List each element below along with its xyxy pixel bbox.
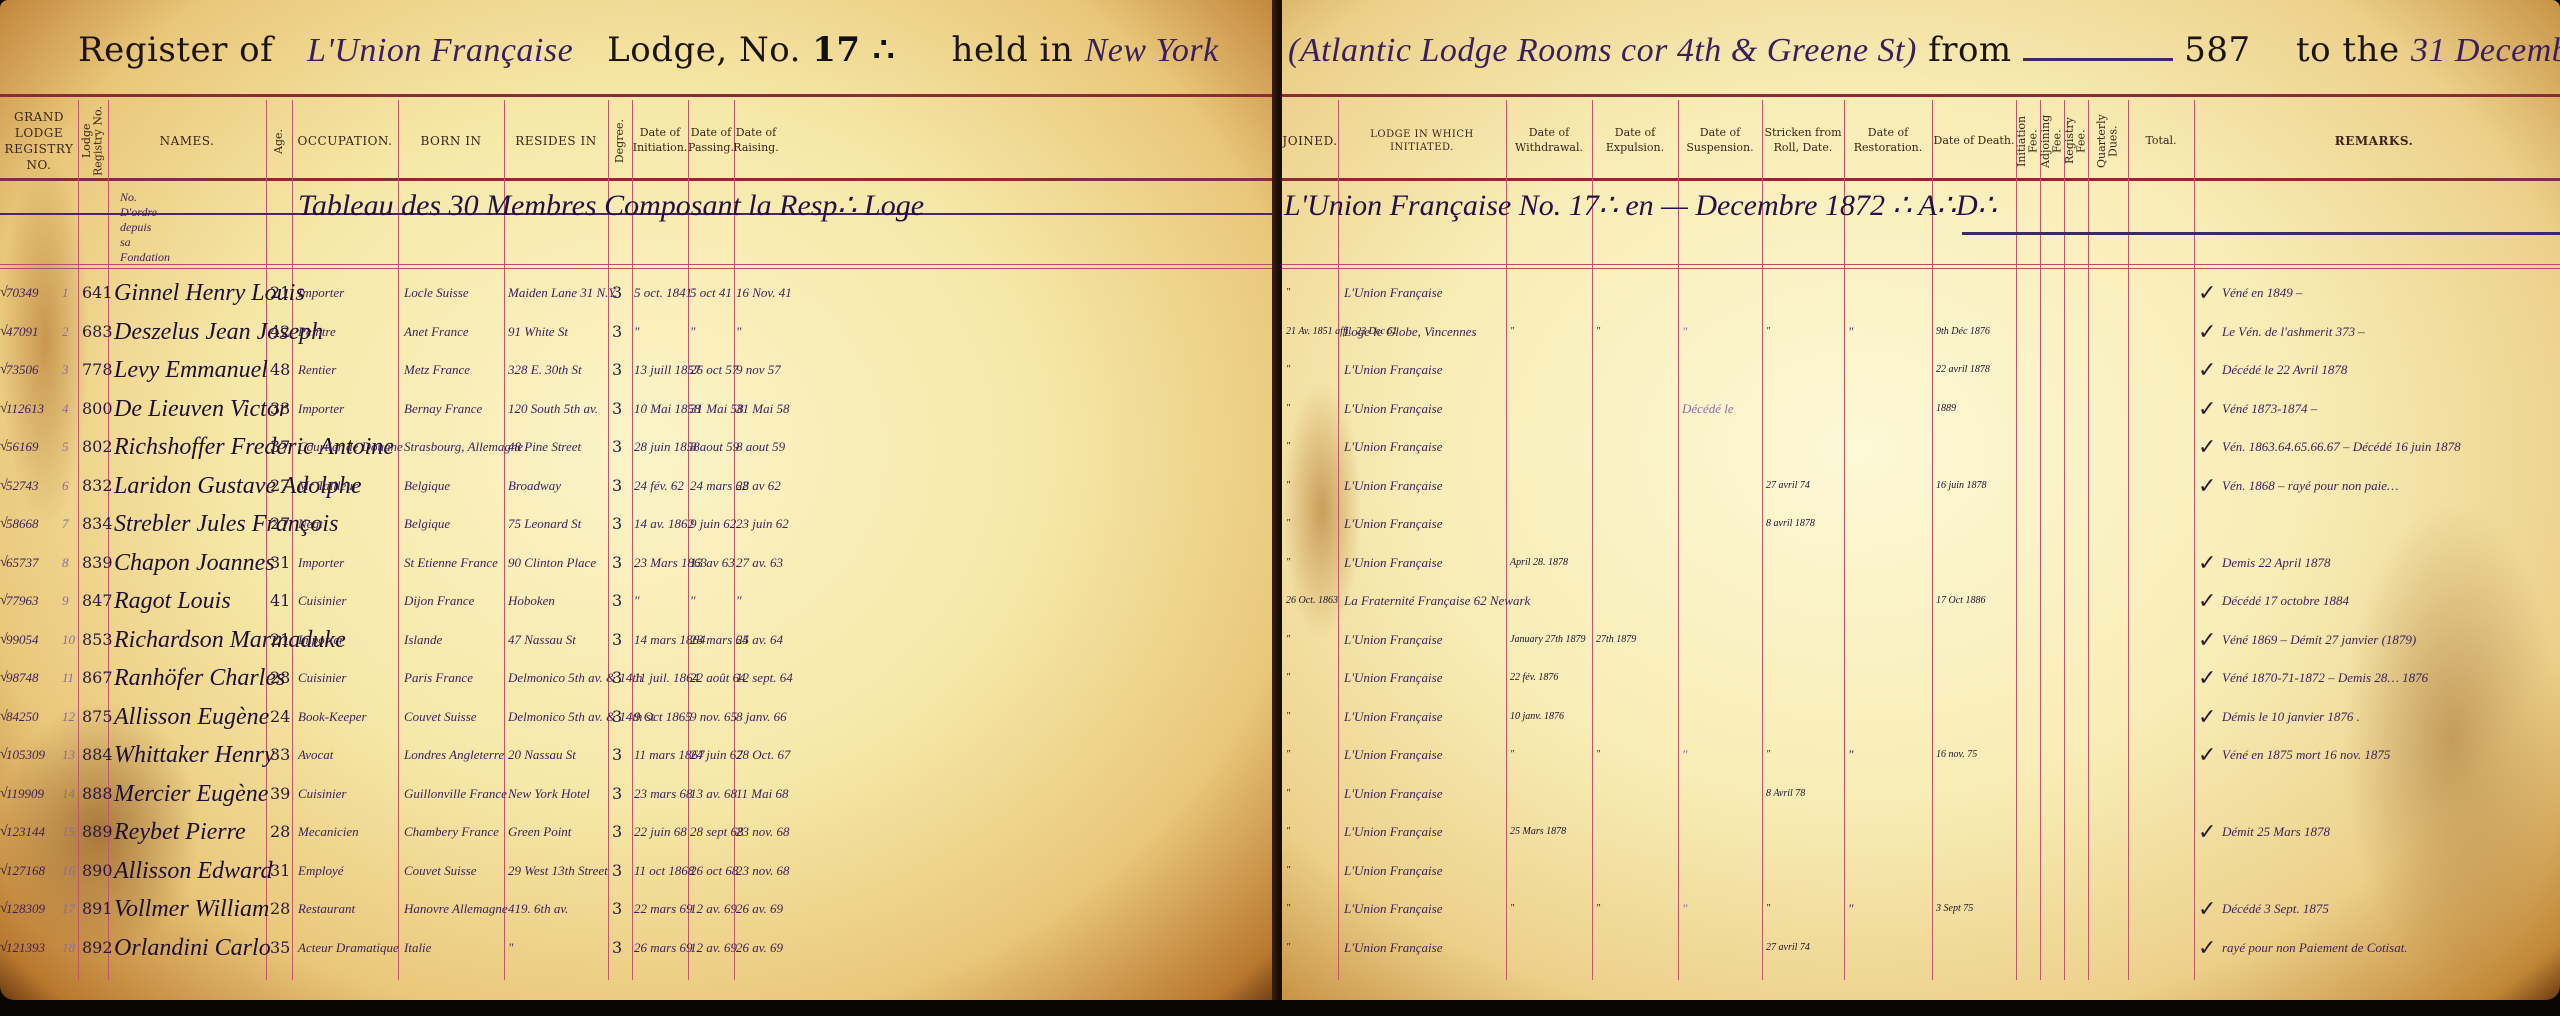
cell-lodge-no: 889 bbox=[82, 814, 108, 850]
cell-joined: " bbox=[1286, 930, 1338, 966]
cell-suspension: " bbox=[1682, 891, 1762, 927]
cell-stricken: 27 avril 74 bbox=[1766, 930, 1844, 966]
cell-gl-no: 47091 bbox=[6, 314, 62, 350]
checkmark-icon: √ bbox=[0, 468, 8, 504]
cell-age: 27 bbox=[270, 506, 292, 542]
cell-passing: " bbox=[690, 314, 734, 350]
cell-age: 28 bbox=[270, 814, 292, 850]
cell-lodge-no: 875 bbox=[82, 699, 108, 735]
cell-age: 28 bbox=[270, 660, 292, 696]
cell-occupation: Importer bbox=[298, 545, 398, 581]
checkmark-icon: √ bbox=[0, 545, 8, 581]
header-adjoining-fee: Adjoining Fee. bbox=[2040, 105, 2064, 177]
cell-suspension: " bbox=[1682, 314, 1762, 350]
cell-raising: 23 nov. 68 bbox=[736, 853, 778, 889]
cell-lodge-no: 683 bbox=[82, 314, 108, 350]
table-row: "L'Union FrançaiseDécédé le1889Véné 1873… bbox=[1282, 391, 2560, 427]
cell-restoration bbox=[1848, 583, 1932, 619]
cell-remarks: Démit 25 Mars 1878 bbox=[2222, 814, 2552, 850]
cell-remarks: Vén. 1868 – rayé pour non paie… bbox=[2222, 468, 2552, 504]
cell-stricken: 8 avril 1878 bbox=[1766, 506, 1844, 542]
checkmark-icon: √ bbox=[0, 352, 8, 388]
cell-raising: 25 av. 64 bbox=[736, 622, 778, 658]
cell-restoration: " bbox=[1848, 737, 1932, 773]
cell-restoration bbox=[1848, 468, 1932, 504]
lodge-name: L'Union Française bbox=[307, 32, 573, 69]
checkmark-icon: √ bbox=[0, 622, 8, 658]
cell-death: 17 Oct 1886 bbox=[1936, 583, 2016, 619]
cell-seq: 6 bbox=[62, 468, 76, 504]
cell-born-in: Anet France bbox=[404, 314, 504, 350]
cell-gl-no: 128309 bbox=[6, 891, 62, 927]
cell-stricken: " bbox=[1766, 891, 1844, 927]
cell-joined: " bbox=[1286, 391, 1338, 427]
cell-remarks: Le Vén. de l'ashmerit 373 – bbox=[2222, 314, 2552, 350]
cell-passing: 13 av 63 bbox=[690, 545, 734, 581]
cell-initiation: 22 mars 69 bbox=[634, 891, 688, 927]
cell-suspension bbox=[1682, 853, 1762, 889]
cell-name: De Lieuven Victor bbox=[114, 391, 266, 427]
cell-remarks: Vén. 1863.64.65.66.67 – Décédé 16 juin 1… bbox=[2222, 429, 2552, 465]
cell-lodge-no: 834 bbox=[82, 506, 108, 542]
cell-suspension bbox=[1682, 660, 1762, 696]
table-row: "L'Union FrançaiseApril 28. 1878Demis 22… bbox=[1282, 545, 2560, 581]
cell-gl-no: 119909 bbox=[6, 776, 62, 812]
cell-degree: 3 bbox=[612, 853, 632, 889]
cell-death: 16 juin 1878 bbox=[1936, 468, 2016, 504]
cell-born-in: Hanovre Allemagne bbox=[404, 891, 504, 927]
cell-age: 27 bbox=[270, 468, 292, 504]
cell-born-in: Paris France bbox=[404, 660, 504, 696]
cell-passing: 9 juin 62 bbox=[690, 506, 734, 542]
cell-seq: 18 bbox=[62, 930, 76, 966]
cell-born-in: Londres Angleterre bbox=[404, 737, 504, 773]
order-number-note: No. D'ordre depuis sa Fondation bbox=[120, 190, 160, 265]
cell-raising: 28 Oct. 67 bbox=[736, 737, 778, 773]
header-total: Total. bbox=[2128, 105, 2194, 177]
cell-death: 22 avril 1878 bbox=[1936, 352, 2016, 388]
checkmark-icon: ✓ bbox=[2198, 391, 2218, 427]
cell-born-in: St Etienne France bbox=[404, 545, 504, 581]
table-row: "L'Union Française27 avril 74rayé pour n… bbox=[1282, 930, 2560, 966]
cell-lodge-no: 891 bbox=[82, 891, 108, 927]
cell-gl-no: 98748 bbox=[6, 660, 62, 696]
cell-age: 33 bbox=[270, 391, 292, 427]
cell-restoration bbox=[1848, 699, 1932, 735]
cell-degree: 3 bbox=[612, 814, 632, 850]
cell-occupation: Rentier bbox=[298, 352, 398, 388]
cell-raising: 23 nov. 68 bbox=[736, 814, 778, 850]
cell-lodge-initiated: L'Union Française bbox=[1344, 622, 1506, 658]
cell-age: 28 bbox=[270, 891, 292, 927]
cell-initiation: 26 mars 69 bbox=[634, 930, 688, 966]
table-row: "L'Union Française8 Avril 78 bbox=[1282, 776, 2560, 812]
header-lodge-initiated: LODGE IN WHICH INITIATED. bbox=[1338, 105, 1506, 177]
checkmark-icon: ✓ bbox=[2198, 314, 2218, 350]
table-row: "L'Union Française"""""3 Sept 75Décédé 3… bbox=[1282, 891, 2560, 927]
header-rule bbox=[1282, 178, 2560, 181]
cell-seq: 12 bbox=[62, 699, 76, 735]
cell-raising: 28 av 62 bbox=[736, 468, 778, 504]
cell-name: Chapon Joannes bbox=[114, 545, 266, 581]
cell-initiation: 5 oct. 1841 bbox=[634, 275, 688, 311]
checkmark-icon: √ bbox=[0, 776, 8, 812]
table-row: 10530913884Whittaker Henry33AvocatLondre… bbox=[0, 737, 1278, 773]
cell-gl-no: 56169 bbox=[6, 429, 62, 465]
banner-rule bbox=[1282, 268, 2560, 269]
cell-name: Deszelus Jean Joseph bbox=[114, 314, 266, 350]
cell-death: 3 Sept 75 bbox=[1936, 891, 2016, 927]
cell-death bbox=[1936, 429, 2016, 465]
cell-raising: " bbox=[736, 583, 778, 619]
cell-restoration bbox=[1848, 622, 1932, 658]
checkmark-icon: ✓ bbox=[2198, 622, 2218, 658]
cell-death bbox=[1936, 275, 2016, 311]
cell-seq: 17 bbox=[62, 891, 76, 927]
cell-lodge-no: 892 bbox=[82, 930, 108, 966]
table-row: 12139318892Orlandini Carlo35Acteur Drama… bbox=[0, 930, 1278, 966]
header-age: Age. bbox=[266, 105, 292, 177]
cell-degree: 3 bbox=[612, 314, 632, 350]
cell-gl-no: 58668 bbox=[6, 506, 62, 542]
cell-age: 41 bbox=[270, 583, 292, 619]
cell-restoration bbox=[1848, 391, 1932, 427]
cell-suspension bbox=[1682, 352, 1762, 388]
cell-suspension bbox=[1682, 930, 1762, 966]
cell-gl-no: 112613 bbox=[6, 391, 62, 427]
cell-name: Orlandini Carlo bbox=[114, 930, 266, 966]
checkmark-icon: ✓ bbox=[2198, 660, 2218, 696]
cell-lodge-initiated: L'Union Française bbox=[1344, 429, 1506, 465]
cell-joined: " bbox=[1286, 468, 1338, 504]
checkmark-icon: √ bbox=[0, 660, 8, 696]
checkmark-icon: ✓ bbox=[2198, 352, 2218, 388]
cell-lodge-initiated: L'Union Française bbox=[1344, 776, 1506, 812]
cell-lodge-no: 802 bbox=[82, 429, 108, 465]
cell-gl-no: 105309 bbox=[6, 737, 62, 773]
header-rule bbox=[1282, 94, 2560, 97]
cell-passing: 22 août 64 bbox=[690, 660, 734, 696]
cell-joined: " bbox=[1286, 737, 1338, 773]
table-row: "L'Union FrançaiseVén. 1863.64.65.66.67 … bbox=[1282, 429, 2560, 465]
cell-seq: 2 bbox=[62, 314, 76, 350]
cell-suspension bbox=[1682, 506, 1762, 542]
checkmark-icon: √ bbox=[0, 506, 8, 542]
checkmark-icon: √ bbox=[0, 275, 8, 311]
cell-initiation: " bbox=[634, 583, 688, 619]
cell-born-in: Chambery France bbox=[404, 814, 504, 850]
cell-passing: 26 oct 68 bbox=[690, 853, 734, 889]
cell-joined: " bbox=[1286, 545, 1338, 581]
cell-gl-no: 84250 bbox=[6, 699, 62, 735]
cell-lodge-initiated: Loge le Globe, Vincennes bbox=[1344, 314, 1506, 350]
cell-born-in: Islande bbox=[404, 622, 504, 658]
cell-restoration bbox=[1848, 275, 1932, 311]
cell-seq: 10 bbox=[62, 622, 76, 658]
cell-expulsion bbox=[1596, 776, 1678, 812]
cell-stricken bbox=[1766, 391, 1844, 427]
cell-restoration: " bbox=[1848, 891, 1932, 927]
header-grand-lodge-registry: GRAND LODGE REGISTRY NO. bbox=[0, 105, 78, 177]
cell-name: Richshoffer Frederic Antoine bbox=[114, 429, 266, 465]
cell-remarks: Décédé le 22 Avril 1878 bbox=[2222, 352, 2552, 388]
cell-passing: 9 nov. 65 bbox=[690, 699, 734, 735]
cell-initiation: 10 Mai 1858 bbox=[634, 391, 688, 427]
cell-restoration bbox=[1848, 853, 1932, 889]
cell-name: Ginnel Henry Louis bbox=[114, 275, 266, 311]
cell-occupation: Avocat bbox=[298, 737, 398, 773]
cell-raising: 11 Mai 68 bbox=[736, 776, 778, 812]
cell-death: 9th Déc 1876 bbox=[1936, 314, 2016, 350]
cell-stricken: " bbox=[1766, 314, 1844, 350]
cell-name: Laridon Gustave Adolphe bbox=[114, 468, 266, 504]
cell-remarks bbox=[2222, 853, 2552, 889]
tableau-heading: Tableau des 30 Membres Composant la Resp… bbox=[298, 188, 924, 223]
cell-born-in: Couvet Suisse bbox=[404, 699, 504, 735]
table-row: 527436832Laridon Gustave Adolphe27Mr Tai… bbox=[0, 468, 1278, 504]
cell-occupation: Employé bbox=[298, 853, 398, 889]
cell-suspension bbox=[1682, 776, 1762, 812]
checkmark-icon: √ bbox=[0, 737, 8, 773]
cell-gl-no: 77963 bbox=[6, 583, 62, 619]
cell-stricken: " bbox=[1766, 737, 1844, 773]
cell-resides-in: Maiden Lane 31 N.Y. bbox=[508, 275, 608, 311]
cell-name: Ranhöfer Charles bbox=[114, 660, 266, 696]
cell-passing: 31 Mai 58 bbox=[690, 391, 734, 427]
register-left-page: Register of L'Union Française Lodge, No.… bbox=[0, 0, 1278, 1000]
cell-name: Richardson Marmaduke bbox=[114, 622, 266, 658]
cell-raising: 8 aout 59 bbox=[736, 429, 778, 465]
cell-age: 37 bbox=[270, 429, 292, 465]
header-remarks: REMARKS. bbox=[2194, 105, 2554, 177]
cell-age: 35 bbox=[270, 930, 292, 966]
cell-stricken bbox=[1766, 352, 1844, 388]
checkmark-icon: √ bbox=[0, 314, 8, 350]
cell-seq: 16 bbox=[62, 853, 76, 889]
cell-withdrawal bbox=[1510, 429, 1592, 465]
cell-age: 33 bbox=[270, 737, 292, 773]
cell-gl-no: 127168 bbox=[6, 853, 62, 889]
cell-initiation: 23 mars 68 bbox=[634, 776, 688, 812]
cell-death: 16 nov. 75 bbox=[1936, 737, 2016, 773]
checkmark-icon: ✓ bbox=[2198, 699, 2218, 735]
cell-lodge-initiated: L'Union Française bbox=[1344, 391, 1506, 427]
cell-seq: 14 bbox=[62, 776, 76, 812]
table-row: 9905410853Richardson Marmaduke21Importer… bbox=[0, 622, 1278, 658]
to-date: 31 December bbox=[2411, 32, 2560, 69]
cell-born-in: Belgique bbox=[404, 506, 504, 542]
cell-suspension bbox=[1682, 468, 1762, 504]
cell-joined: " bbox=[1286, 814, 1338, 850]
cell-joined: 21 Av. 1851 affil. 23 Dec 61 bbox=[1286, 314, 1338, 350]
cell-raising: 26 av. 69 bbox=[736, 891, 778, 927]
cell-lodge-initiated: L'Union Française bbox=[1344, 737, 1506, 773]
cell-raising: 16 Nov. 41 bbox=[736, 275, 778, 311]
cell-expulsion bbox=[1596, 699, 1678, 735]
cell-raising: 27 av. 63 bbox=[736, 545, 778, 581]
cell-lodge-initiated: L'Union Française bbox=[1344, 275, 1506, 311]
cell-occupation: Importer bbox=[298, 275, 398, 311]
table-row: 735063778Levy Emmanuel48RentierMetz Fran… bbox=[0, 352, 1278, 388]
lodge-number: 17 ∴ bbox=[812, 30, 895, 70]
cell-lodge-initiated: La Fraternité Française 62 Newark bbox=[1344, 583, 1506, 619]
cell-initiation: 24 fév. 62 bbox=[634, 468, 688, 504]
cell-expulsion bbox=[1596, 429, 1678, 465]
cell-born-in: Guillonville France bbox=[404, 776, 504, 812]
cell-occupation: Importer bbox=[298, 391, 398, 427]
cell-lodge-no: 839 bbox=[82, 545, 108, 581]
cell-occupation: Acteur Dramatique bbox=[298, 930, 398, 966]
checkmark-icon: √ bbox=[0, 930, 8, 966]
cell-remarks: Demis 22 April 1878 bbox=[2222, 545, 2552, 581]
cell-expulsion bbox=[1596, 506, 1678, 542]
table-row: "L'Union Française"""""16 nov. 75Véné en… bbox=[1282, 737, 2560, 773]
cell-resides-in: 20 Nassau St bbox=[508, 737, 608, 773]
cell-age: 21 bbox=[270, 622, 292, 658]
cell-raising: 31 Mai 58 bbox=[736, 391, 778, 427]
banner-rule bbox=[0, 268, 1278, 269]
header-degree: Degree. bbox=[608, 105, 632, 177]
table-row: 1126134800De Lieuven Victor33ImporterBer… bbox=[0, 391, 1278, 427]
table-row: "L'Union Française bbox=[1282, 853, 2560, 889]
checkmark-icon: ✓ bbox=[2198, 545, 2218, 581]
cell-expulsion: " bbox=[1596, 314, 1678, 350]
banner-rule bbox=[0, 264, 1278, 265]
cell-withdrawal bbox=[1510, 391, 1592, 427]
cell-age: 42 bbox=[270, 314, 292, 350]
cell-passing: 5 oct 41 bbox=[690, 275, 734, 311]
table-row: 9874811867Ranhöfer Charles28CuisinierPar… bbox=[0, 660, 1278, 696]
checkmark-icon: ✓ bbox=[2198, 583, 2218, 619]
cell-lodge-initiated: L'Union Française bbox=[1344, 352, 1506, 388]
header-lodge-registry: Lodge Registry No. bbox=[78, 105, 108, 177]
cell-withdrawal: 22 fév. 1876 bbox=[1510, 660, 1592, 696]
cell-resides-in: 419. 6th av. bbox=[508, 891, 608, 927]
cell-initiation: " bbox=[634, 314, 688, 350]
cell-withdrawal bbox=[1510, 275, 1592, 311]
cell-name: Mercier Eugène bbox=[114, 776, 266, 812]
cell-suspension bbox=[1682, 429, 1762, 465]
cell-lodge-initiated: L'Union Française bbox=[1344, 545, 1506, 581]
header-quarterly-dues: Quarterly Dues. bbox=[2088, 105, 2128, 177]
table-row: 470912683Deszelus Jean Joseph42PeintreAn… bbox=[0, 314, 1278, 350]
cell-death bbox=[1936, 545, 2016, 581]
cell-degree: 3 bbox=[612, 391, 632, 427]
cell-withdrawal bbox=[1510, 930, 1592, 966]
cell-degree: 3 bbox=[612, 737, 632, 773]
cell-expulsion bbox=[1596, 853, 1678, 889]
cell-expulsion bbox=[1596, 391, 1678, 427]
cell-gl-no: 70349 bbox=[6, 275, 62, 311]
cell-occupation: Cuisinier bbox=[298, 583, 398, 619]
cell-resides-in: 75 Leonard St bbox=[508, 506, 608, 542]
city: New York bbox=[1085, 32, 1219, 69]
cell-withdrawal: " bbox=[1510, 737, 1592, 773]
header-resides-in: RESIDES IN bbox=[504, 105, 608, 177]
cell-seq: 1 bbox=[62, 275, 76, 311]
cell-occupation: Negt bbox=[298, 506, 398, 542]
checkmark-icon: √ bbox=[0, 583, 8, 619]
cell-remarks: rayé pour non Paiement de Cotisat. bbox=[2222, 930, 2552, 966]
checkmark-icon: √ bbox=[0, 699, 8, 735]
banner-rule bbox=[1962, 232, 2560, 235]
cell-gl-no: 121393 bbox=[6, 930, 62, 966]
checkmark-icon: ✓ bbox=[2198, 275, 2218, 311]
cell-joined: " bbox=[1286, 853, 1338, 889]
cell-lodge-no: 853 bbox=[82, 622, 108, 658]
header-date-expulsion: Date of Expulsion. bbox=[1592, 105, 1678, 177]
cell-withdrawal: " bbox=[1510, 891, 1592, 927]
cell-passing: 12 av. 69 bbox=[690, 891, 734, 927]
cell-gl-no: 123144 bbox=[6, 814, 62, 850]
table-row: "L'Union FrançaiseVéné en 1849 –✓ bbox=[1282, 275, 2560, 311]
cell-remarks bbox=[2222, 776, 2552, 812]
cell-occupation: Mecanicien bbox=[298, 814, 398, 850]
table-row: "L'Union Française22 fév. 1876Véné 1870-… bbox=[1282, 660, 2560, 696]
cell-remarks: Décédé 3 Sept. 1875 bbox=[2222, 891, 2552, 927]
cell-death bbox=[1936, 853, 2016, 889]
cell-age: 24 bbox=[270, 699, 292, 735]
cell-stricken bbox=[1766, 583, 1844, 619]
cell-occupation: Book-Keeper bbox=[298, 699, 398, 735]
cell-resides-in: 91 White St bbox=[508, 314, 608, 350]
cell-joined: " bbox=[1286, 352, 1338, 388]
cell-resides-in: 48 Pine Street bbox=[508, 429, 608, 465]
table-row: 586687834Strebler Jules François27NegtBe… bbox=[0, 506, 1278, 542]
cell-initiation: 13 juill 1857 bbox=[634, 352, 688, 388]
cell-lodge-initiated: L'Union Française bbox=[1344, 814, 1506, 850]
table-row: 8425012875Allisson Eugène24Book-KeeperCo… bbox=[0, 699, 1278, 735]
cell-expulsion bbox=[1596, 660, 1678, 696]
header-date-initiation: Date of Initiation. bbox=[632, 105, 688, 177]
cell-death bbox=[1936, 660, 2016, 696]
cell-seq: 4 bbox=[62, 391, 76, 427]
cell-degree: 3 bbox=[612, 776, 632, 812]
cell-name: Strebler Jules François bbox=[114, 506, 266, 542]
register-title-continued: (Atlantic Lodge Rooms cor 4th & Greene S… bbox=[1288, 30, 2560, 70]
cell-restoration bbox=[1848, 545, 1932, 581]
cell-stricken bbox=[1766, 699, 1844, 735]
cell-expulsion: 27th 1879 bbox=[1596, 622, 1678, 658]
cell-remarks: Démis le 10 janvier 1876 . bbox=[2222, 699, 2552, 735]
table-row: 12830917891Vollmer William28RestaurantHa… bbox=[0, 891, 1278, 927]
cell-raising: 23 juin 62 bbox=[736, 506, 778, 542]
cell-suspension bbox=[1682, 583, 1762, 619]
cell-stricken bbox=[1766, 429, 1844, 465]
header-joined: JOINED. bbox=[1282, 105, 1338, 177]
checkmark-icon: √ bbox=[0, 429, 8, 465]
cell-gl-no: 99054 bbox=[6, 622, 62, 658]
cell-degree: 3 bbox=[612, 545, 632, 581]
cell-lodge-no: 890 bbox=[82, 853, 108, 889]
cell-passing: 24 mars 62 bbox=[690, 468, 734, 504]
cell-joined: " bbox=[1286, 699, 1338, 735]
cell-occupation: Cuisinier bbox=[298, 776, 398, 812]
cell-suspension bbox=[1682, 622, 1762, 658]
cell-death bbox=[1936, 776, 2016, 812]
cell-withdrawal bbox=[1510, 853, 1592, 889]
cell-joined: " bbox=[1286, 776, 1338, 812]
table-row: "L'Union Française10 janv. 1876Démis le … bbox=[1282, 699, 2560, 735]
cell-remarks: Décédé 17 octobre 1884 bbox=[2222, 583, 2552, 619]
cell-name: Allisson Eugène bbox=[114, 699, 266, 735]
cell-degree: 3 bbox=[612, 583, 632, 619]
cell-stricken bbox=[1766, 275, 1844, 311]
checkmark-icon: √ bbox=[0, 891, 8, 927]
cell-resides-in: 29 West 13th Street bbox=[508, 853, 608, 889]
cell-age: 39 bbox=[270, 776, 292, 812]
cell-passing: 28 mars 64 bbox=[690, 622, 734, 658]
